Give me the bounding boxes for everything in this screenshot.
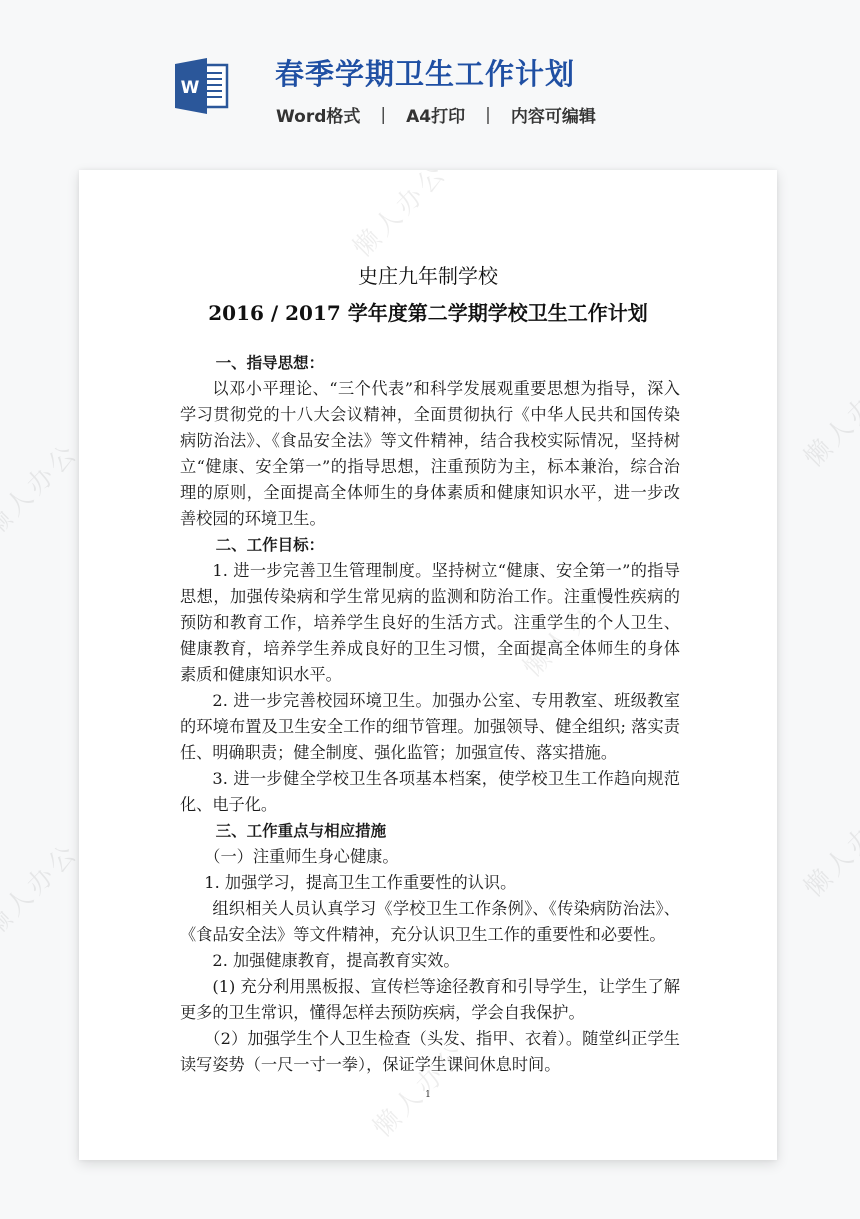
paragraph: 组织相关人员认真学习《学校卫生工作条例》、《传染病防治法》、《食品安全法》等文件… — [180, 896, 680, 948]
editable-label: 内容可编辑 — [511, 102, 596, 127]
section-heading: 三、工作重点与相应措施 — [180, 818, 680, 844]
watermark: 懒人办公 — [0, 833, 86, 944]
paragraph: 1. 进一步完善卫生管理制度。坚持树立“健康、安全第一”的指导思想，加强传染病和… — [180, 558, 680, 688]
paragraph: 2. 进一步完善校园环境卫生。加强办公室、专用教室、班级教室的环境布置及卫生安全… — [180, 688, 680, 766]
header-title: 春季学期卫生工作计划 — [275, 52, 575, 93]
header: W 春季学期卫生工作计划 Word格式 | A4打印 | 内容可编辑 — [0, 0, 860, 170]
paragraph: 3. 进一步健全学校卫生各项基本档案，使学校卫生工作趋向规范化、电子化。 — [180, 766, 680, 818]
list-item: 2. 加强健康教育，提高教育实效。 — [180, 948, 680, 974]
section-heading: 一、指导思想： — [180, 350, 680, 376]
list-item: 1. 加强学习，提高卫生工作重要性的认识。 — [180, 870, 680, 896]
svg-text:W: W — [181, 78, 200, 98]
document-page: 懒人办公 懒人办公 懒人办公 史庄九年制学校 2016 / 2017 学年度第二… — [79, 170, 777, 1160]
separator: | — [380, 105, 386, 125]
watermark: 懒人办公 — [343, 170, 454, 264]
paragraph: （2）加强学生个人卫生检查（头发、指甲、衣着）。随堂纠正学生读写姿势（一尺一寸一… — [180, 1026, 680, 1078]
print-label: A4打印 — [406, 102, 465, 127]
word-icon: W — [175, 58, 231, 114]
format-label: Word格式 — [276, 102, 360, 127]
separator: | — [485, 105, 491, 125]
page-number: 1 — [79, 1090, 777, 1100]
watermark: 懒人办公 — [0, 433, 86, 544]
paragraph: 以邓小平理论、“三个代表”和科学发展观重要思想为指导，深入学习贯彻党的十八大会议… — [180, 376, 680, 532]
subsection-heading: （一）注重师生身心健康。 — [180, 844, 680, 870]
document-school-name: 史庄九年制学校 — [79, 260, 777, 289]
document-title: 2016 / 2017 学年度第二学期学校卫生工作计划 — [79, 297, 777, 326]
watermark: 懒人办公 — [794, 363, 860, 474]
watermark: 懒人办公 — [794, 793, 860, 904]
section-heading: 二、工作目标： — [180, 532, 680, 558]
document-body: 一、指导思想： 以邓小平理论、“三个代表”和科学发展观重要思想为指导，深入学习贯… — [180, 350, 680, 1078]
header-subtitle: Word格式 | A4打印 | 内容可编辑 — [276, 102, 596, 127]
paragraph: (1) 充分利用黑板报、宣传栏等途径教育和引导学生，让学生了解更多的卫生常识，懂… — [180, 974, 680, 1026]
